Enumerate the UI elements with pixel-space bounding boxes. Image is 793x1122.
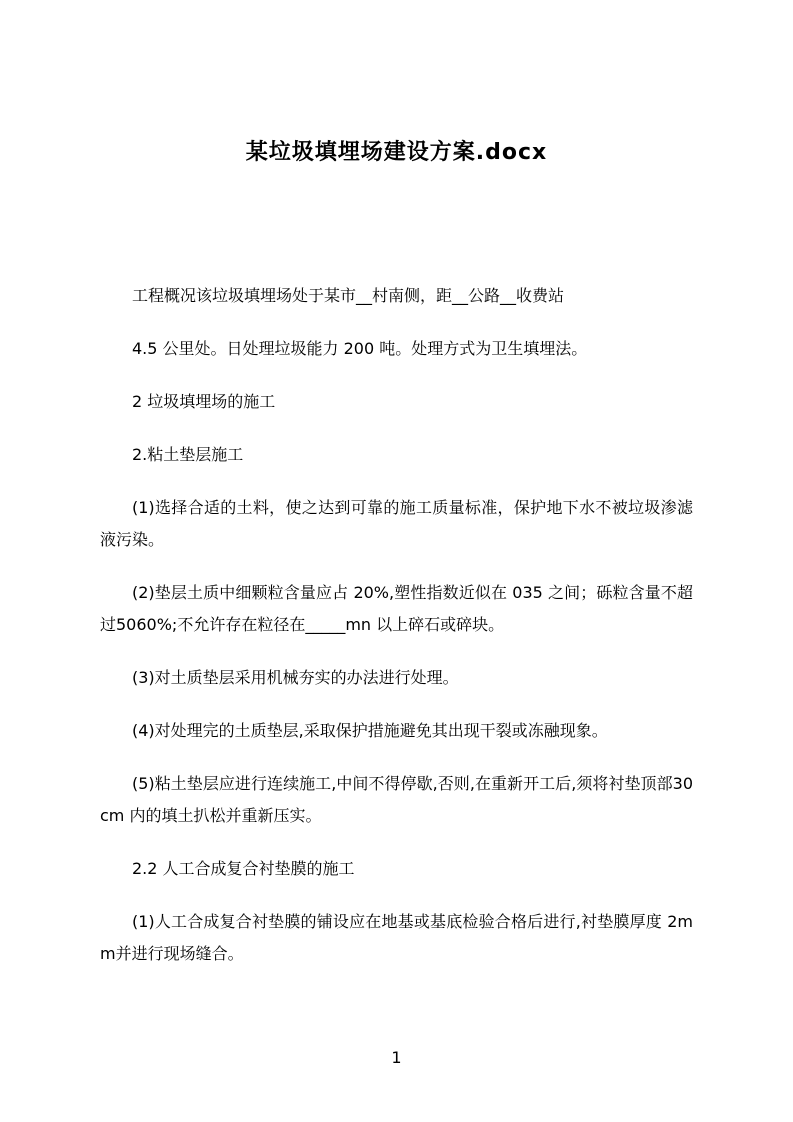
paragraph: 2.2 人工合成复合衬垫膜的施工 (100, 853, 693, 885)
paragraph: 工程概况该垃圾填埋场处于某市__村南侧，距__公路__收费站 (100, 280, 693, 312)
paragraph: 2.粘土垫层施工 (100, 439, 693, 471)
paragraph: (3)对土质垫层采用机械夯实的办法进行处理。 (100, 662, 693, 694)
document-title: 某垃圾填埋场建设方案.docx (100, 138, 693, 168)
paragraph: (4)对处理完的土质垫层,采取保护措施避免其出现干裂或冻融现象。 (100, 715, 693, 747)
paragraph: (2)垫层土质中细颗粒含量应占 20%,塑性指数近似在 035 之间；砾粒含量不… (100, 577, 693, 641)
document-page: 某垃圾填埋场建设方案.docx 工程概况该垃圾填埋场处于某市__村南侧，距__公… (0, 0, 793, 1122)
paragraph: (1)人工合成复合衬垫膜的铺设应在地基或基底检验合格后进行,衬垫膜厚度 2mm并… (100, 906, 693, 970)
paragraph: 4.5 公里处。日处理垃圾能力 200 吨。处理方式为卫生填埋法。 (100, 333, 693, 365)
page-number: 1 (0, 1048, 793, 1068)
paragraph: (5)粘土垫层应进行连续施工,中间不得停歇,否则,在重新开工后,须将衬垫顶部30… (100, 768, 693, 832)
paragraph: 2 垃圾填埋场的施工 (100, 386, 693, 418)
document-body: 工程概况该垃圾填埋场处于某市__村南侧，距__公路__收费站 4.5 公里处。日… (100, 280, 693, 970)
paragraph: (1)选择合适的土料，使之达到可靠的施工质量标准，保护地下水不被垃圾渗滤液污染。 (100, 492, 693, 556)
